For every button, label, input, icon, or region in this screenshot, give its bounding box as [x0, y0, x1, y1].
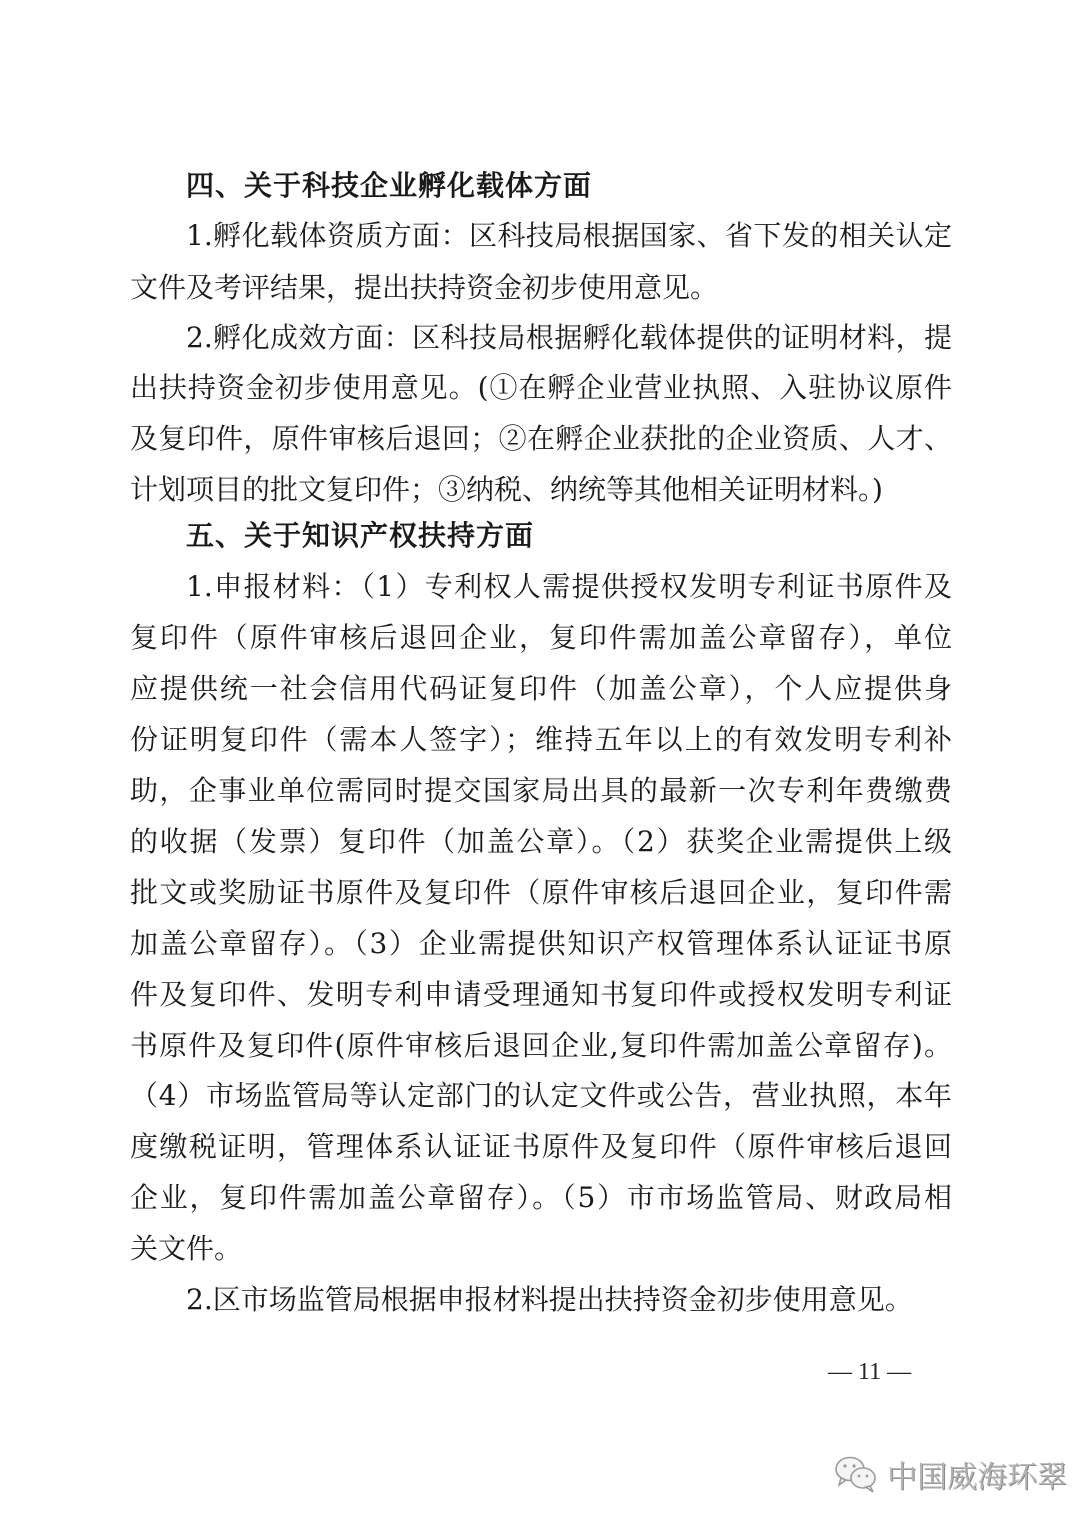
paragraph-line: 加盖公章留存）。（3）企业需提供知识产权管理体系认证证书原: [130, 924, 952, 964]
paragraph-line: 份证明复印件（需本人签字）；维持五年以上的有效发明专利补: [130, 720, 952, 760]
wechat-watermark: 中国威海环翠: [833, 1452, 1067, 1496]
paragraph-line: 应提供统一社会信用代码证复印件（加盖公章），个人应提供身: [130, 669, 952, 709]
section-heading-4: 四、关于科技企业孵化载体方面: [186, 166, 952, 206]
paragraph-line: 1.孵化载体资质方面：区科技局根据国家、省下发的相关认定: [186, 216, 952, 256]
paragraph-line: 助，企事业单位需同时提交国家局出具的最新一次专利年费缴费: [130, 771, 952, 811]
paragraph-line: 文件及考评结果，提出扶持资金初步使用意见。: [130, 268, 952, 308]
paragraph-line: 的收据（发票）复印件（加盖公章）。（2）获奖企业需提供上级: [130, 822, 952, 862]
paragraph-line: 2.孵化成效方面：区科技局根据孵化载体提供的证明材料，提: [186, 318, 952, 358]
page-number: — 11 —: [828, 1357, 911, 1387]
wechat-icon: [833, 1454, 879, 1494]
paragraph-line: 1.申报材料：（1）专利权人需提供授权发明专利证书原件及: [186, 567, 952, 607]
document-page: 四、关于科技企业孵化载体方面 1.孵化载体资质方面：区科技局根据国家、省下发的相…: [0, 0, 1080, 1527]
paragraph-line: 批文或奖励证书原件及复印件（原件审核后退回企业，复印件需: [130, 873, 952, 913]
paragraph-line: 度缴税证明，管理体系认证证书原件及复印件（原件审核后退回: [130, 1127, 952, 1167]
paragraph-line: 件及复印件、发明专利申请受理通知书复印件或授权发明专利证: [130, 975, 952, 1015]
paragraph-line: 2.区市场监管局根据申报材料提出扶持资金初步使用意见。: [186, 1280, 952, 1320]
section-heading-5: 五、关于知识产权扶持方面: [186, 516, 952, 556]
paragraph-line: 及复印件，原件审核后退回；②在孵企业获批的企业资质、人才、: [130, 419, 952, 459]
paragraph-line: （4）市场监管局等认定部门的认定文件或公告，营业执照，本年: [130, 1076, 952, 1116]
paragraph-line: 书原件及复印件(原件审核后退回企业,复印件需加盖公章留存)。: [130, 1026, 952, 1066]
paragraph-line: 出扶持资金初步使用意见。(①在孵企业营业执照、入驻协议原件: [130, 368, 952, 408]
watermark-text: 中国威海环翠: [887, 1452, 1067, 1496]
paragraph-line: 关文件。: [130, 1229, 952, 1269]
paragraph-line: 复印件（原件审核后退回企业，复印件需加盖公章留存），单位: [130, 618, 952, 658]
paragraph-line: 企业，复印件需加盖公章留存）。（5）市市场监管局、财政局相: [130, 1178, 952, 1218]
paragraph-line: 计划项目的批文复印件；③纳税、纳统等其他相关证明材料。): [130, 470, 952, 510]
